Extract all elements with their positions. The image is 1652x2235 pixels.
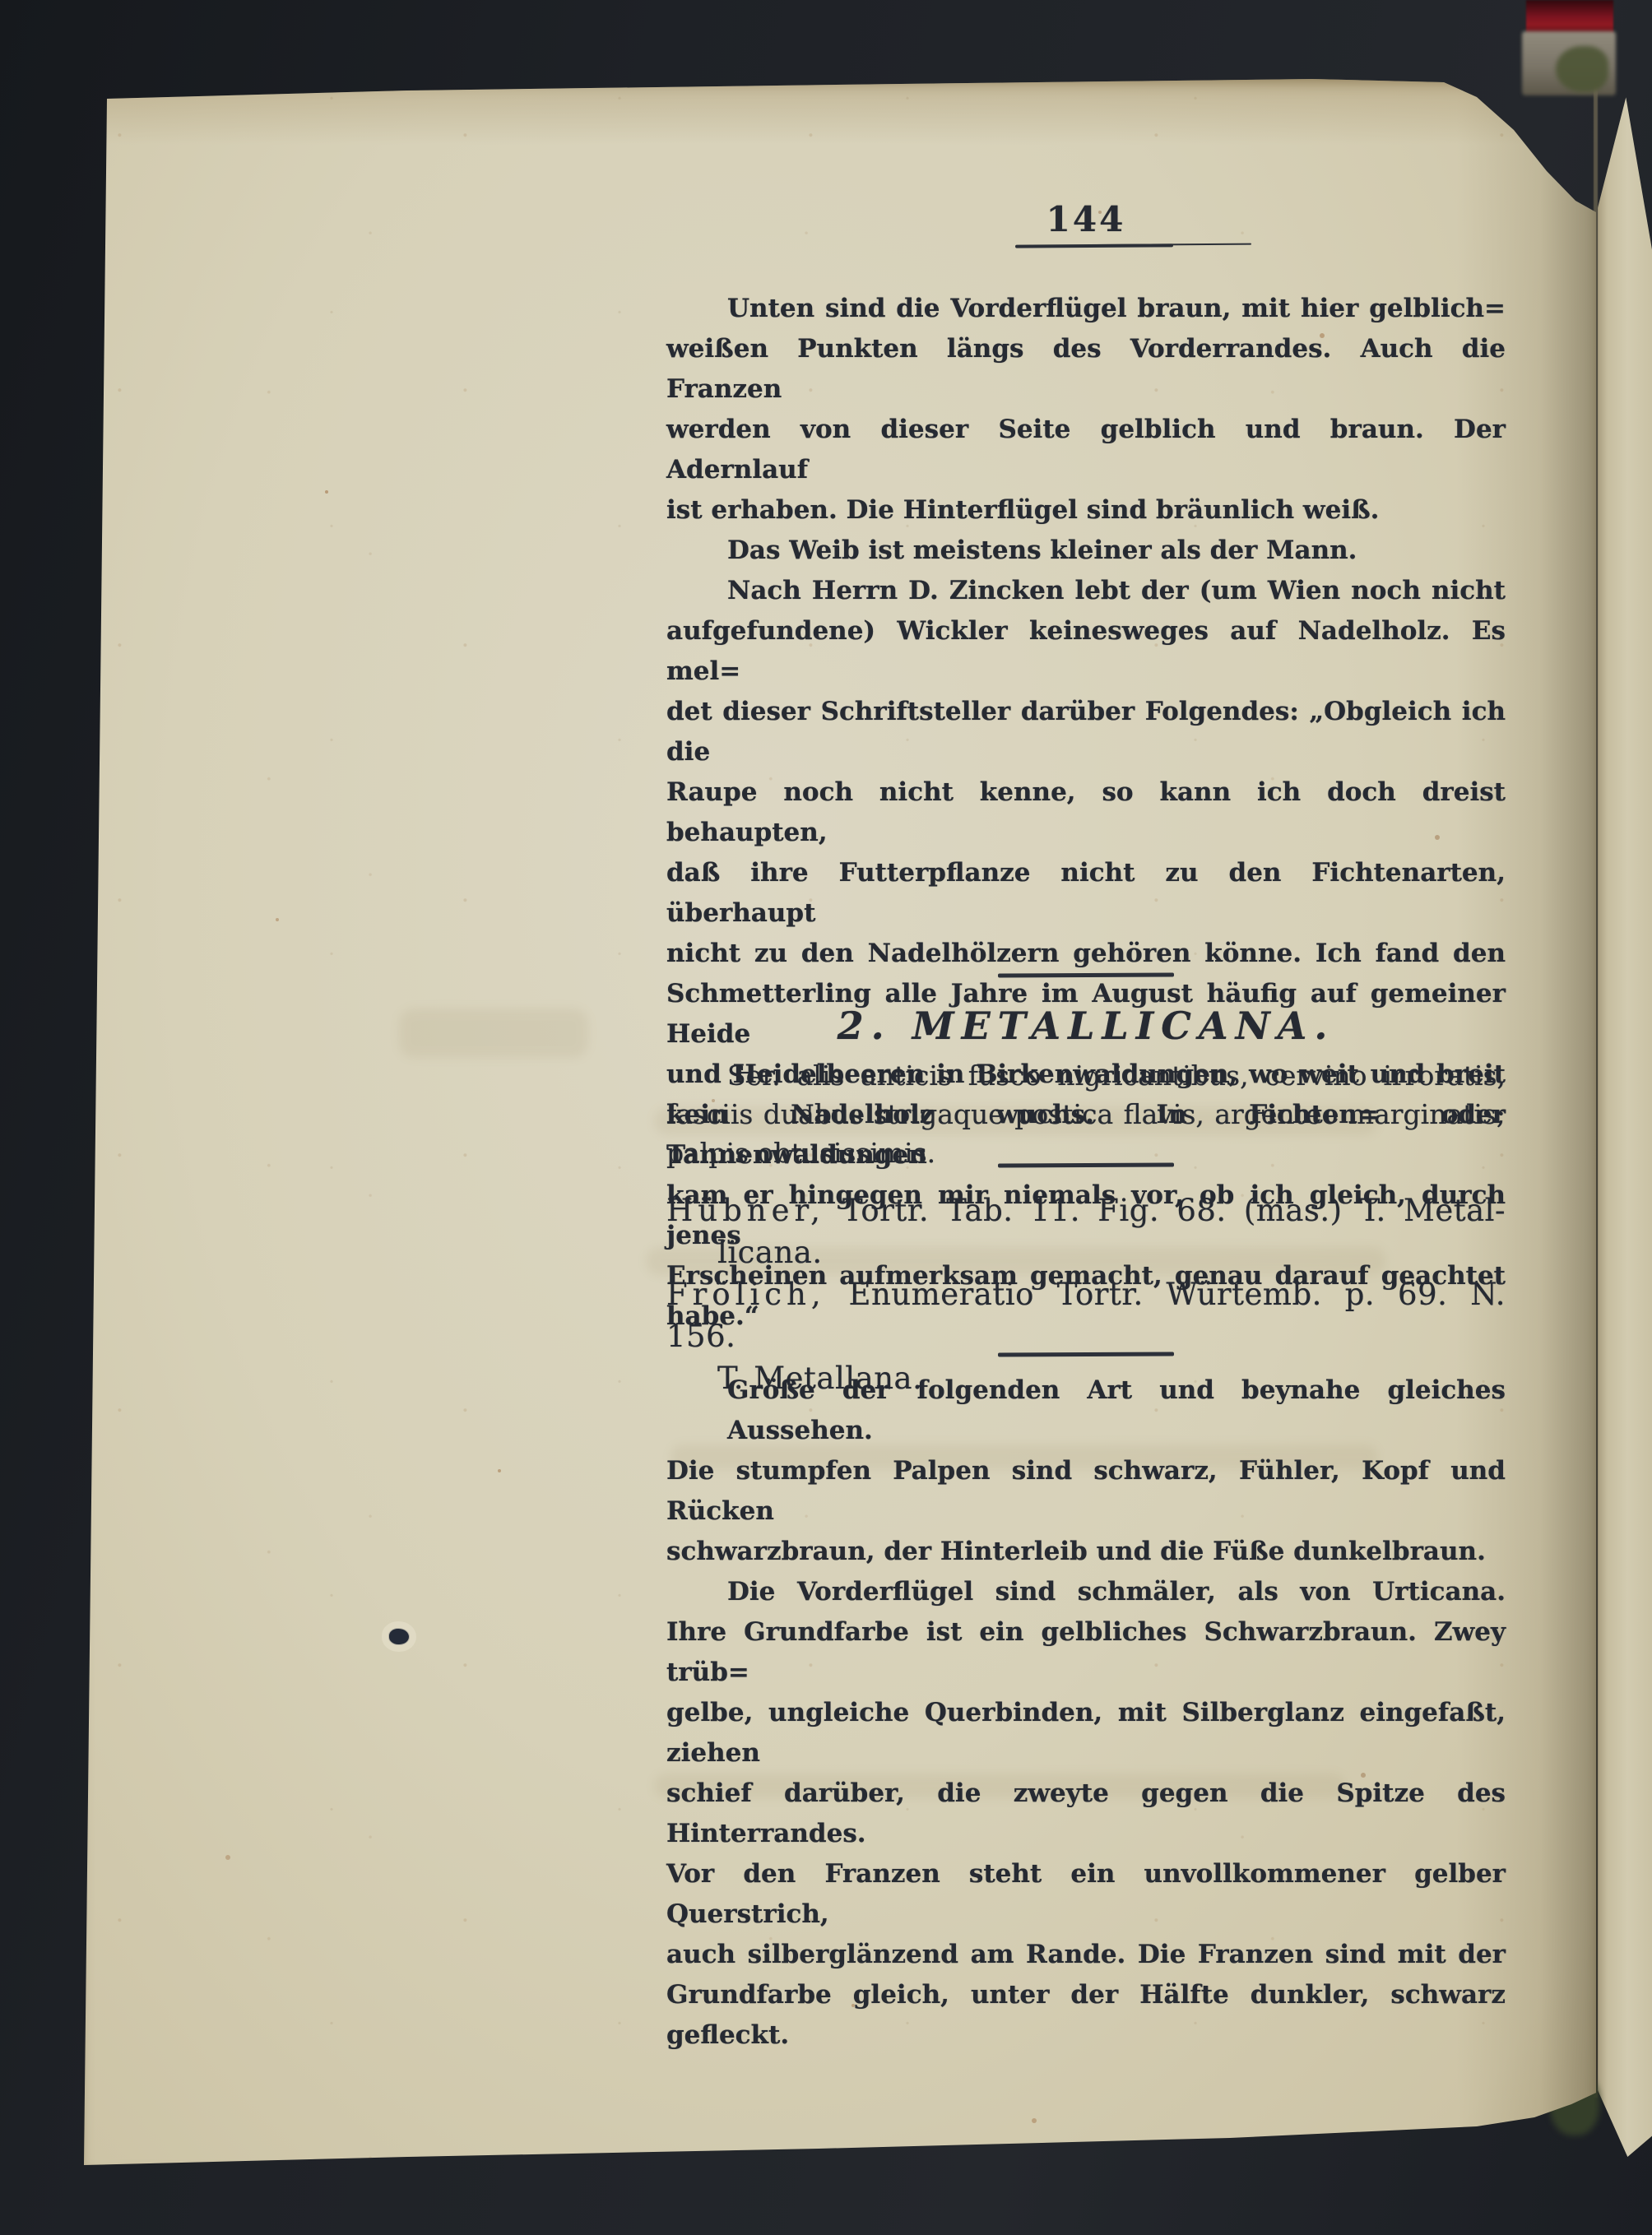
stain-top-gutter <box>1556 46 1608 92</box>
text-line: Grundfarbe gleich, unter der Hälfte dunk… <box>666 1975 1506 2056</box>
reference-author: Hübner, <box>666 1193 825 1228</box>
species-heading: 2. METALLICANA. <box>666 1002 1506 1050</box>
text-line: Vor den Franzen steht ein unvollkommener… <box>666 1854 1506 1935</box>
section-divider <box>666 973 1506 977</box>
text-line: Ser. alis anticis fusco nigricantibus, c… <box>666 1056 1506 1095</box>
text-line: Nach Herrn D. Zincken lebt der (um Wien … <box>666 571 1506 611</box>
reference-continuation: licana. <box>666 1231 1506 1273</box>
section-divider <box>666 1352 1506 1356</box>
paragraph: Unten sind die Vorderflügel braun, mit h… <box>666 289 1506 1337</box>
text-line: schief darüber, die zweyte gegen die Spi… <box>666 1774 1506 1854</box>
text-line: Unten sind die Vorderflügel braun, mit h… <box>666 289 1506 329</box>
reference-entry: Frölich, Enumeratio Tortr. Würtemb. p. 6… <box>666 1273 1506 1357</box>
text-line: daß ihre Futterpflanze nicht zu den Fich… <box>666 853 1506 934</box>
reference-citation: Tortr. Tab. 11. Fig. 68. (mas.) T. Metal… <box>825 1193 1506 1228</box>
text-line: werden von dieser Seite gelblich und bra… <box>666 410 1506 490</box>
text-line: Ihre Grundfarbe ist ein gelbliches Schwa… <box>666 1612 1506 1693</box>
text-line: Die stumpfen Palpen sind schwarz, Fühler… <box>666 1451 1506 1532</box>
text-line: schwarzbraun, der Hinterleib und die Füß… <box>666 1532 1506 1572</box>
reference-list: Hübner, Tortr. Tab. 11. Fig. 68. (mas.) … <box>666 1189 1506 1399</box>
book-scan-background: 144 Unten sind die Vorderflügel braun, m… <box>0 0 1652 2235</box>
text-line: Das Weib ist meistens kleiner als der Ma… <box>666 531 1506 571</box>
page-top-shadow <box>78 79 1596 145</box>
latin-diagnosis: Ser. alis anticis fusco nigricantibus, c… <box>666 1056 1506 1172</box>
text-line: weißen Punkten längs des Vorderrandes. A… <box>666 329 1506 410</box>
text-line: gelbe, ungleiche Querbinden, mit Silberg… <box>666 1693 1506 1774</box>
book-page: 144 Unten sind die Vorderflügel braun, m… <box>78 79 1596 2177</box>
showthrough-smudge <box>399 1009 588 1058</box>
text-line: nicht zu den Nadelhölzern gehören könne.… <box>666 934 1506 974</box>
ink-blot <box>389 1629 409 1644</box>
reference-entry: Hübner, Tortr. Tab. 11. Fig. 68. (mas.) … <box>666 1189 1506 1231</box>
text-line: fasciis duabus strigaque postica flavis,… <box>666 1095 1506 1134</box>
adjacent-page-edge <box>1598 72 1652 2157</box>
page-header: 144 <box>666 199 1506 248</box>
page-number-rule <box>1015 243 1173 248</box>
text-line: det dieser Schriftsteller darüber Folgen… <box>666 692 1506 772</box>
paper-specks <box>325 490 328 494</box>
text-line: aufgefundene) Wickler keinesweges auf Na… <box>666 611 1506 692</box>
text-line: Die Vorderflügel sind schmäler, als von … <box>666 1572 1506 1612</box>
text-line: auch silberglänzend am Rande. Die Franze… <box>666 1935 1506 1975</box>
paragraph: Größe der folgenden Art und beynahe glei… <box>666 1370 1506 2056</box>
section-divider <box>666 1163 1506 1167</box>
text-line: Raupe noch nicht kenne, so kann ich doch… <box>666 772 1506 853</box>
text-line: Größe der folgenden Art und beynahe glei… <box>666 1370 1506 1451</box>
page-number: 144 <box>666 199 1506 239</box>
text-line: ist erhaben. Die Hinterflügel sind bräun… <box>666 490 1506 531</box>
reference-author: Frölich, <box>666 1277 826 1312</box>
